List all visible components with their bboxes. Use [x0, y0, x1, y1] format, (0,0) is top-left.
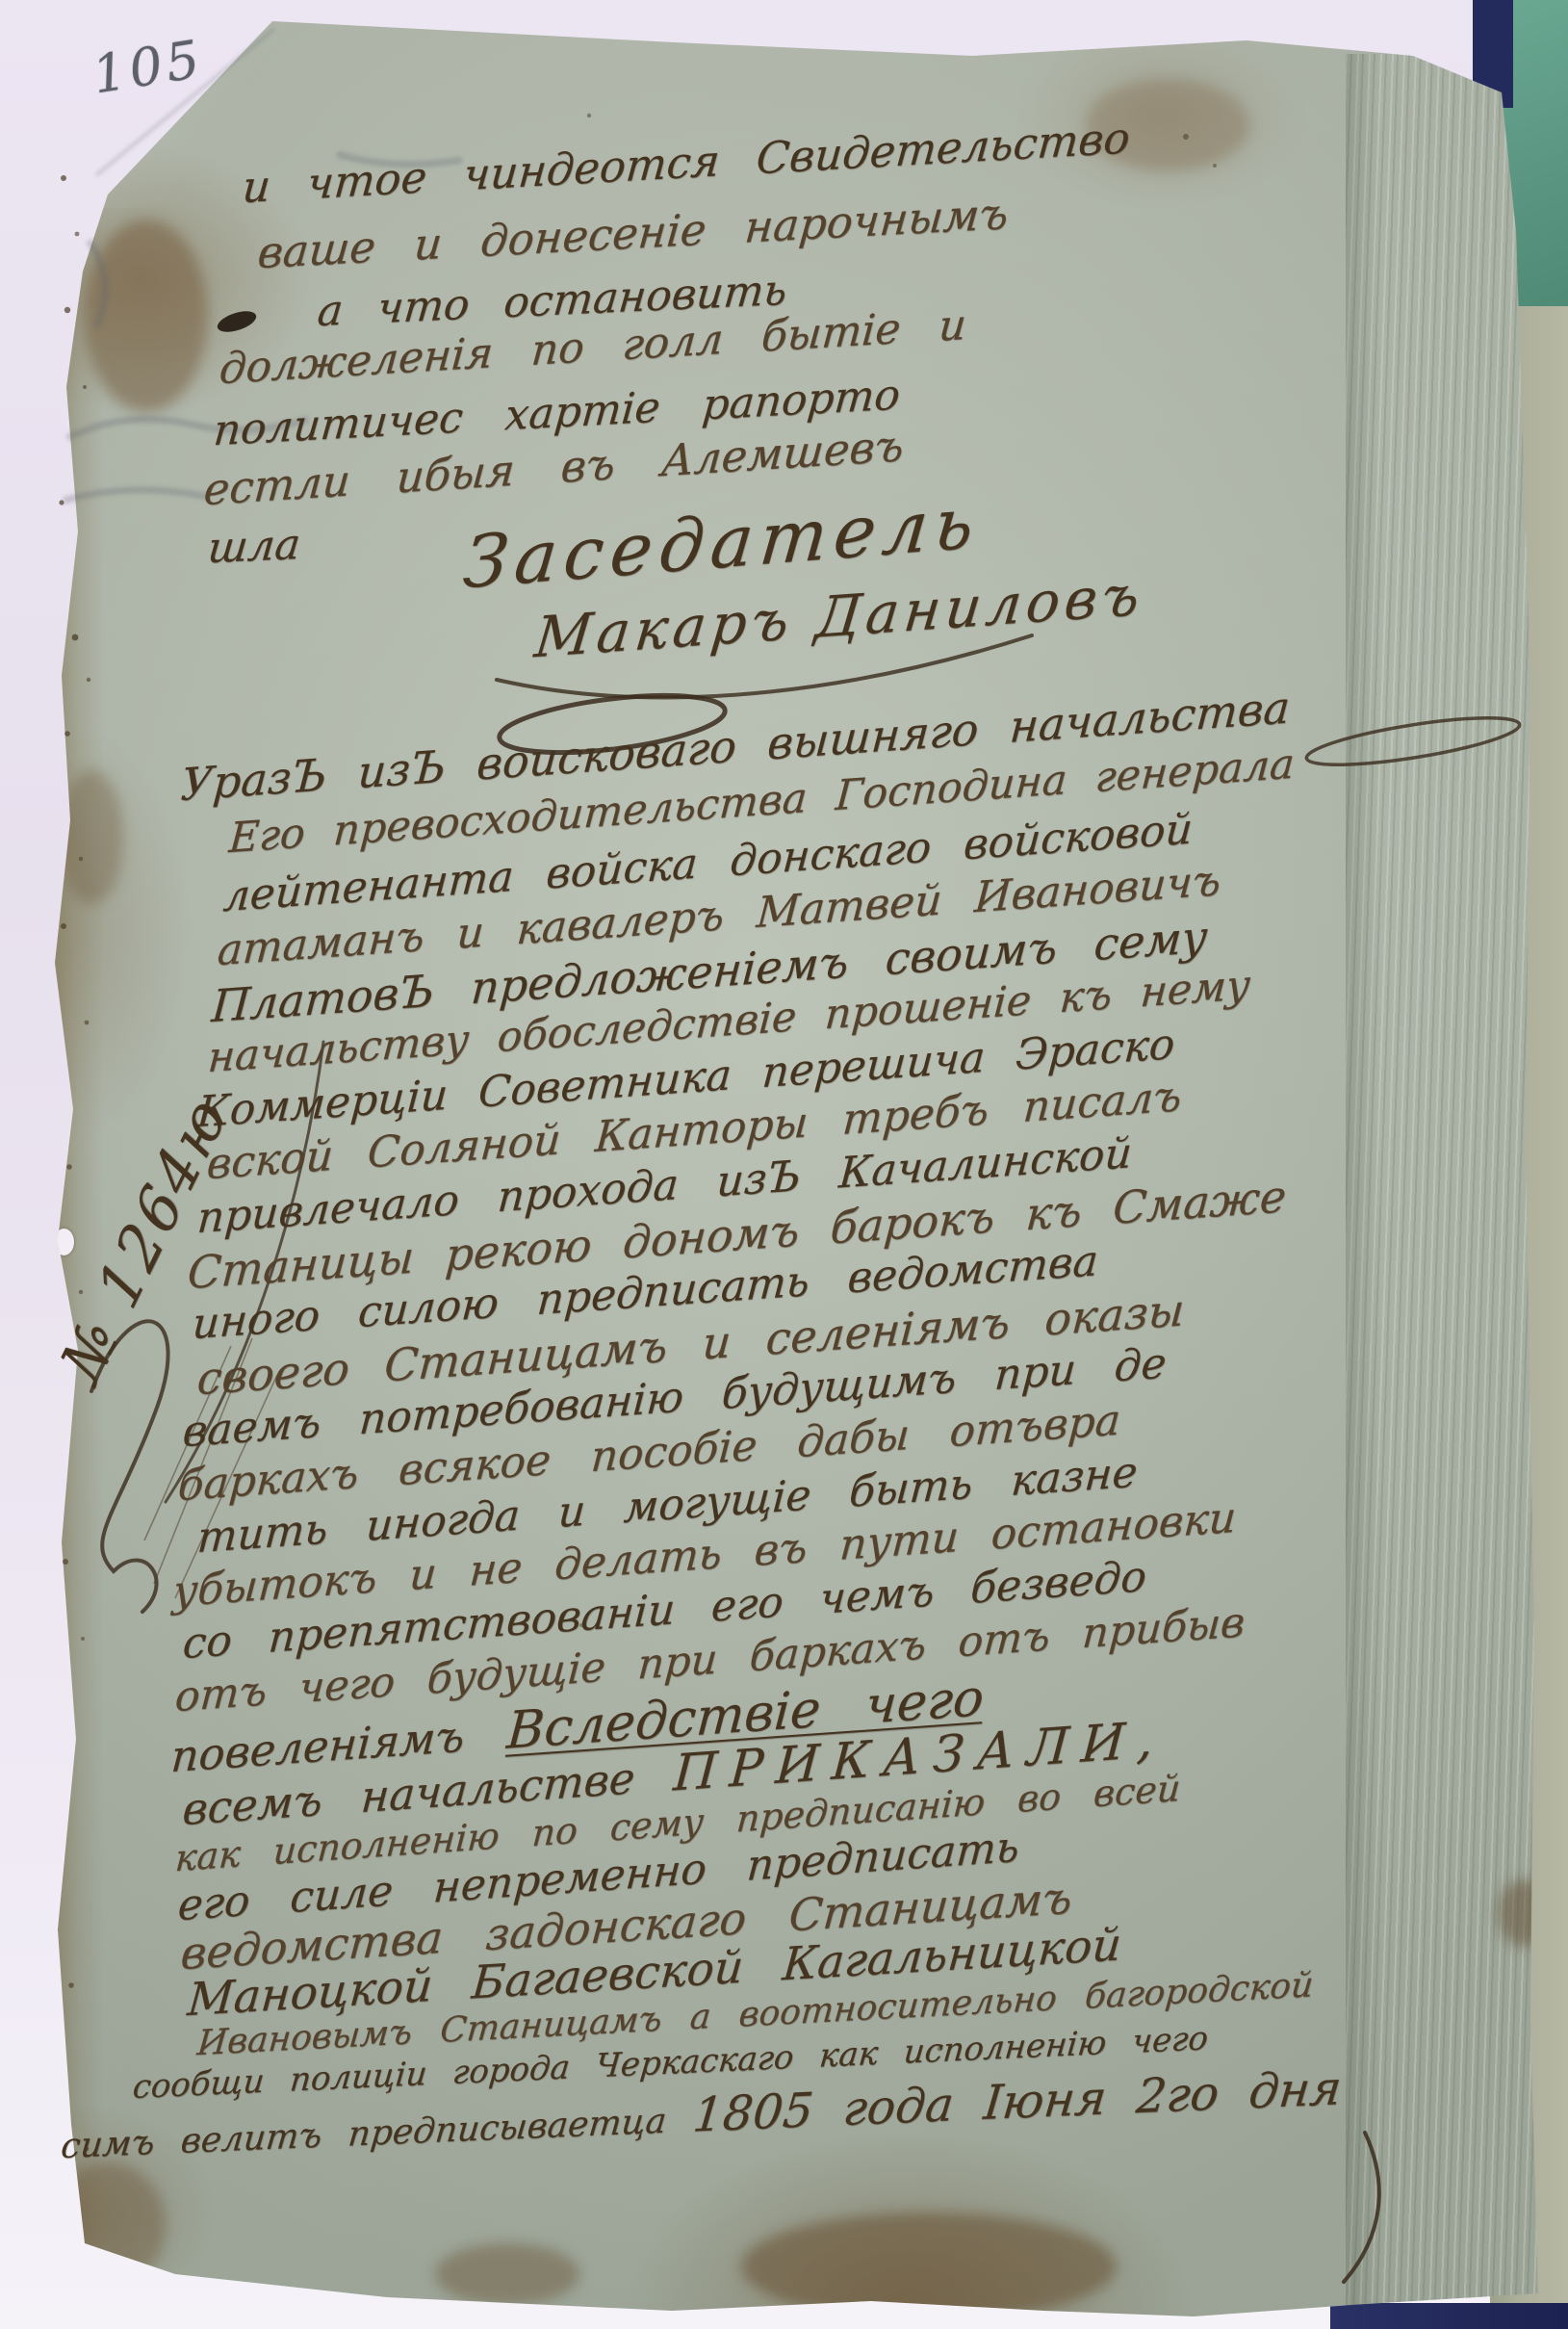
handwritten-line: шла: [205, 520, 302, 573]
scanned-manuscript-photo: 105 № 1264ю и чтое чиндеотся Свидетельст…: [0, 0, 1568, 2329]
